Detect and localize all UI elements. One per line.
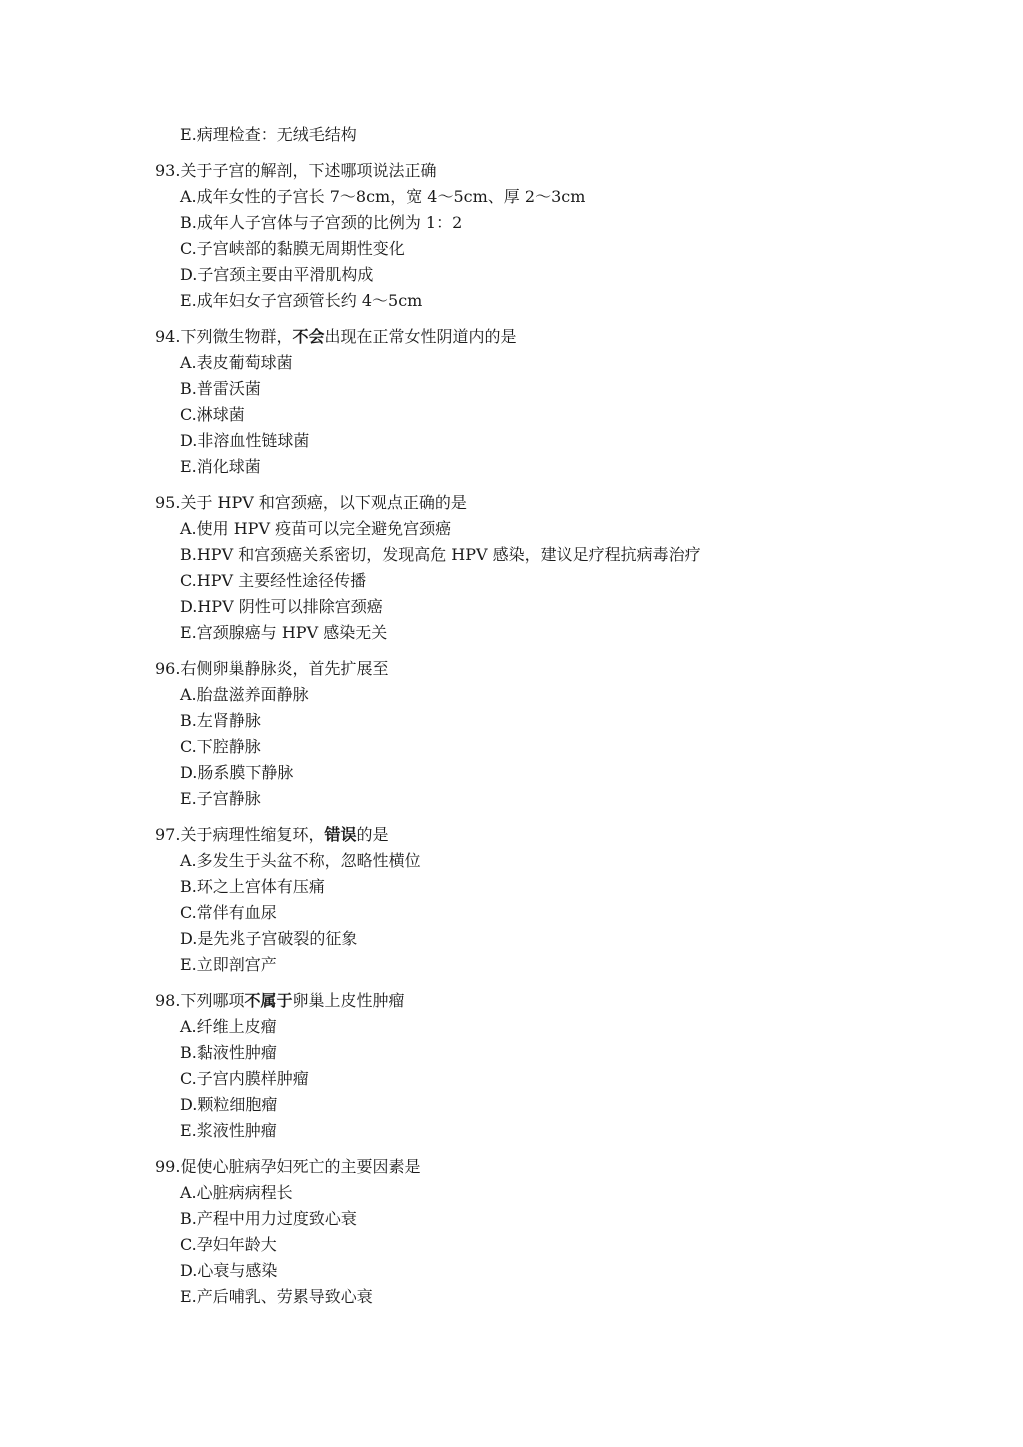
stem-text-post: 出现在正常女性阴道内的是 <box>324 327 516 346</box>
option-c: C.淋球菌 <box>180 405 245 425</box>
question-number: 93. <box>155 161 180 180</box>
option-c: C.下腔静脉 <box>180 737 261 757</box>
option-b: B.环之上宫体有压痛 <box>180 877 325 897</box>
option-c: C.子宫内膜样肿瘤 <box>180 1069 309 1089</box>
stem-text-post: 的是 <box>356 825 388 844</box>
option-b: B.普雷沃菌 <box>180 379 261 399</box>
option-d: D.是先兆子宫破裂的征象 <box>180 929 357 949</box>
stem-text: 关于病理性缩复环， <box>180 825 324 844</box>
option-a: A.心脏病病程长 <box>180 1183 293 1203</box>
question-stem: 93.关于子宫的解剖，下述哪项说法正确 <box>155 161 436 181</box>
question-stem: 94.下列微生物群，不会出现在正常女性阴道内的是 <box>155 327 517 347</box>
option-d: D.心衰与感染 <box>180 1261 277 1281</box>
option-d: D.肠系膜下静脉 <box>180 763 293 783</box>
option-c: C.子宫峡部的黏膜无周期性变化 <box>180 239 405 259</box>
stem-emphasis: 错误 <box>324 825 356 844</box>
prev-question-option-e: E.病理检查：无绒毛结构 <box>180 125 357 145</box>
option-e: E.消化球菌 <box>180 457 261 477</box>
option-b: B.HPV 和宫颈癌关系密切，发现高危 HPV 感染，建议足疗程抗病毒治疗 <box>180 545 701 565</box>
stem-text-post: 卵巢上皮性肿瘤 <box>292 991 404 1010</box>
question-number: 94. <box>155 327 180 346</box>
option-a: A.使用 HPV 疫苗可以完全避免宫颈癌 <box>180 519 451 539</box>
option-e: E.浆液性肿瘤 <box>180 1121 277 1141</box>
option-e: E.产后哺乳、劳累导致心衰 <box>180 1287 373 1307</box>
question-number: 98. <box>155 991 180 1010</box>
option-b: B.成年人子宫体与子宫颈的比例为 1：2 <box>180 213 462 233</box>
option-c: C.孕妇年龄大 <box>180 1235 277 1255</box>
question-stem: 98.下列哪项不属于卵巢上皮性肿瘤 <box>155 991 405 1011</box>
option-e: E.成年妇女子宫颈管长约 4～5cm <box>180 291 422 311</box>
option-e: E.宫颈腺癌与 HPV 感染无关 <box>180 623 387 643</box>
option-d: D.子宫颈主要由平滑肌构成 <box>180 265 373 285</box>
option-a: A.胎盘滋养面静脉 <box>180 685 309 705</box>
option-d: D.非溶血性链球菌 <box>180 431 309 451</box>
question-stem: 95.关于 HPV 和宫颈癌，以下观点正确的是 <box>155 493 467 513</box>
stem-text: 右侧卵巢静脉炎，首先扩展至 <box>180 659 388 678</box>
option-a: A.表皮葡萄球菌 <box>180 353 293 373</box>
question-number: 99. <box>155 1157 180 1176</box>
option-a: A.成年女性的子宫长 7～8cm，宽 4～5cm、厚 2～3cm <box>180 187 585 207</box>
question-stem: 97.关于病理性缩复环，错误的是 <box>155 825 389 845</box>
stem-text: 关于 HPV 和宫颈癌，以下观点正确的是 <box>180 493 466 512</box>
stem-text: 促使心脏病孕妇死亡的主要因素是 <box>180 1157 420 1176</box>
option-c: C.HPV 主要经性途径传播 <box>180 571 366 591</box>
option-b: B.左肾静脉 <box>180 711 261 731</box>
document-page: E.病理检查：无绒毛结构 93.关于子宫的解剖，下述哪项说法正确 A.成年女性的… <box>0 0 1023 1447</box>
option-e: E.立即剖宫产 <box>180 955 277 975</box>
option-d: D.HPV 阴性可以排除宫颈癌 <box>180 597 383 617</box>
option-d: D.颗粒细胞瘤 <box>180 1095 277 1115</box>
option-e: E.子宫静脉 <box>180 789 261 809</box>
stem-text: 下列哪项 <box>180 991 244 1010</box>
question-number: 97. <box>155 825 180 844</box>
option-a: A.纤维上皮瘤 <box>180 1017 277 1037</box>
stem-emphasis: 不属于 <box>244 991 292 1010</box>
question-stem: 96.右侧卵巢静脉炎，首先扩展至 <box>155 659 388 679</box>
option-c: C.常伴有血尿 <box>180 903 277 923</box>
option-b: B.产程中用力过度致心衰 <box>180 1209 357 1229</box>
stem-text: 下列微生物群， <box>180 327 292 346</box>
question-number: 96. <box>155 659 180 678</box>
question-stem: 99.促使心脏病孕妇死亡的主要因素是 <box>155 1157 420 1177</box>
option-a: A.多发生于头盆不称，忽略性横位 <box>180 851 421 871</box>
option-b: B.黏液性肿瘤 <box>180 1043 277 1063</box>
stem-emphasis: 不会 <box>292 327 324 346</box>
stem-text: 关于子宫的解剖，下述哪项说法正确 <box>180 161 436 180</box>
question-number: 95. <box>155 493 180 512</box>
